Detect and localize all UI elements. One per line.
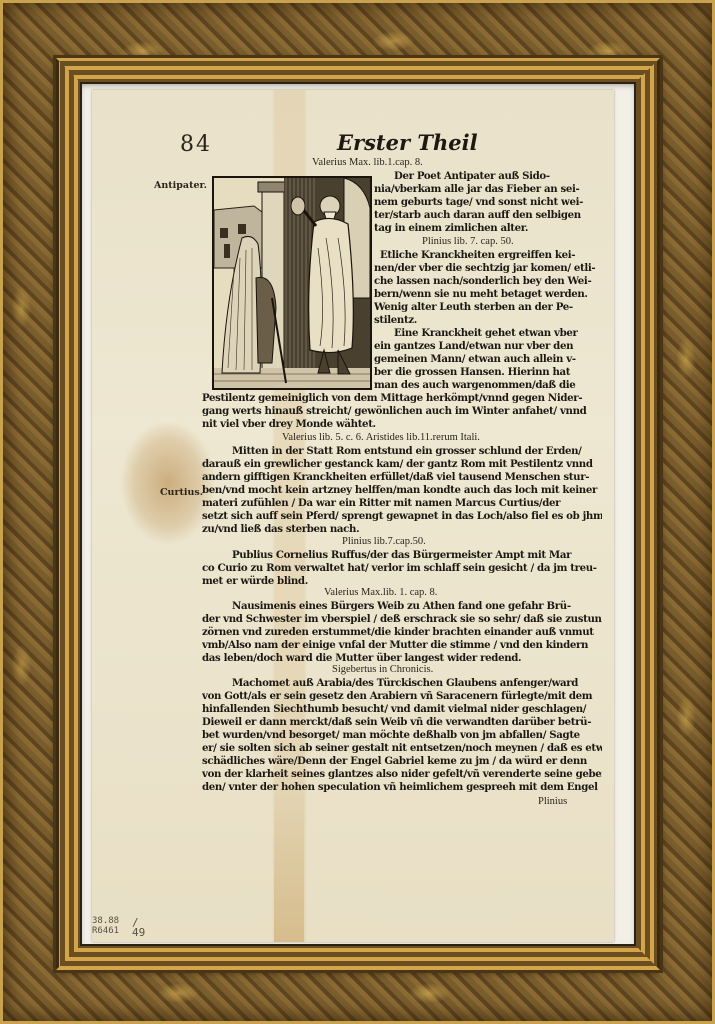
- text-line: schädliches wäre/Denn der Engel Gabriel …: [202, 755, 602, 768]
- text-line: bern/wenn sie nu meht betaget werden.: [374, 288, 600, 301]
- text-line: Wenig alter Leuth sterben an der Pe-: [374, 301, 600, 314]
- text-line: bet wurden/vnd besorget/ man möchte deßh…: [202, 729, 602, 742]
- text-line: stilentz.: [374, 314, 600, 327]
- text-line: ben/vnd mocht kein artzney helffen/man k…: [202, 484, 602, 497]
- catchword: Plinius: [538, 796, 567, 807]
- margin-note-curtius: Curtius.: [160, 487, 203, 498]
- text-antipater: Der Poet Antipater auß Sido- nia/vberkam…: [374, 170, 600, 235]
- source-citation: Valerius lib. 5. c. 6. Aristides lib.11.…: [282, 432, 480, 443]
- text-line: gemeinen Mann/ etwan auch allein v-: [374, 353, 600, 366]
- page-number: 84: [180, 132, 212, 157]
- text-machomet: Machomet auß Arabia/des Türckischen Glau…: [202, 677, 602, 794]
- text-line: zörnen vnd zureden erstummet/die kinder …: [202, 626, 602, 639]
- text-line: Pestilentz gemeiniglich von dem Mittage …: [202, 392, 602, 405]
- text-line: vmb/Also nam der einige vnfal der Mutter…: [202, 639, 602, 652]
- text-curtius: Mitten in der Statt Rom entstund ein gro…: [202, 445, 602, 536]
- text-line: ber die grossen Hansen. Hierinn hat: [374, 366, 600, 379]
- text-line: von der klarheit seines glantzes also ni…: [202, 768, 602, 781]
- text-line: Publius Cornelius Ruffus/der das Bürgerm…: [202, 549, 602, 562]
- text-line: Der Poet Antipater auß Sido-: [374, 170, 600, 183]
- text-line: andern gifftigen Kranckheiten erfüllet/d…: [202, 471, 602, 484]
- text-line: hinfallenden Siechthumb besucht/ vnd dam…: [202, 703, 602, 716]
- text-line: nem geburts tage/ vnd sonst nicht wei-: [374, 196, 600, 209]
- source-citation: Plinius lib.7.cap.50.: [342, 536, 426, 547]
- text-line: tag in einem zimlichen alter.: [374, 222, 600, 235]
- text-line: den/ vnter der hohen speculation vñ heim…: [202, 781, 602, 794]
- text-line: materi zufühlen / Da war ein Ritter mit …: [202, 497, 602, 510]
- text-line: ein gantzes Land/etwan nur vber den: [374, 340, 600, 353]
- accession-line-1: 38.88: [92, 916, 119, 926]
- text-pestilence: Pestilentz gemeiniglich von dem Mittage …: [202, 392, 602, 431]
- text-line: man des auch wargenommen/daß die: [374, 379, 600, 392]
- text-ruffus: Publius Cornelius Ruffus/der das Bürgerm…: [202, 549, 602, 588]
- text-nausimenis: Nausimenis eines Bürgers Weib zu Athen f…: [202, 600, 602, 665]
- text-line: zu/vnd ließ das sterben nach.: [202, 523, 602, 536]
- source-citation: Sigebertus in Chronicis.: [332, 664, 433, 675]
- text-line: gang werts hinauß streicht/ gewönlichen …: [202, 405, 602, 418]
- text-line: Eine Kranckheit gehet etwan vber: [374, 327, 600, 340]
- text-line: ter/starb auch daran auff den selbigen: [374, 209, 600, 222]
- text-line: der vnd Schwester im vberspiel / deß ers…: [202, 613, 602, 626]
- text-line: darauß ein grewlicher gestanck kam/ der …: [202, 458, 602, 471]
- woodcut-image: [214, 178, 370, 388]
- woodcut-illustration: [212, 176, 372, 390]
- text-line: setzt sich auff sein Pferd/ sprengt gewa…: [202, 510, 602, 523]
- text-line: er/ sie solten sich ab seiner gestalt ni…: [202, 742, 602, 755]
- text-line: nen/der vber die sechtzig jar komen/ etl…: [374, 262, 600, 275]
- text-line: Etliche Kranckheiten ergreiffen kei-: [374, 249, 600, 262]
- source-citation: Valerius Max. lib.1.cap. 8.: [312, 157, 423, 168]
- text-line: Machomet auß Arabia/des Türckischen Glau…: [202, 677, 602, 690]
- text-line: co Curio zu Rom verwaltet hat/ verlor im…: [202, 562, 602, 575]
- accession-line-2: R6461: [92, 926, 119, 936]
- text-line: che lassen nach/sonderlich bey den Wei-: [374, 275, 600, 288]
- margin-note-antipater: Antipater.: [154, 180, 207, 191]
- text-line: von Gott/als er sein gesetz den Arabiern…: [202, 690, 602, 703]
- text-line: Dieweil er dann merckt/daß sein Weib vñ …: [202, 716, 602, 729]
- book-leaf: 84 Erster Theil Valerius Max. lib.1.cap.…: [92, 90, 614, 942]
- source-citation: Valerius Max.lib. 1. cap. 8.: [324, 587, 437, 598]
- accession-note: 38.88 R6461 / 49: [92, 916, 119, 936]
- text-line: nia/vberkam alle jar das Fieber an sei-: [374, 183, 600, 196]
- text-line: nit viel vber drey Monde wähtet.: [202, 418, 602, 431]
- running-head: Erster Theil: [337, 130, 478, 155]
- text-line: Nausimenis eines Bürgers Weib zu Athen f…: [202, 600, 602, 613]
- text-age-diseases: Etliche Kranckheiten ergreiffen kei- nen…: [374, 249, 600, 392]
- accession-suffix: / 49: [132, 918, 145, 938]
- source-citation: Plinius lib. 7. cap. 50.: [422, 236, 514, 247]
- text-line: Mitten in der Statt Rom entstund ein gro…: [202, 445, 602, 458]
